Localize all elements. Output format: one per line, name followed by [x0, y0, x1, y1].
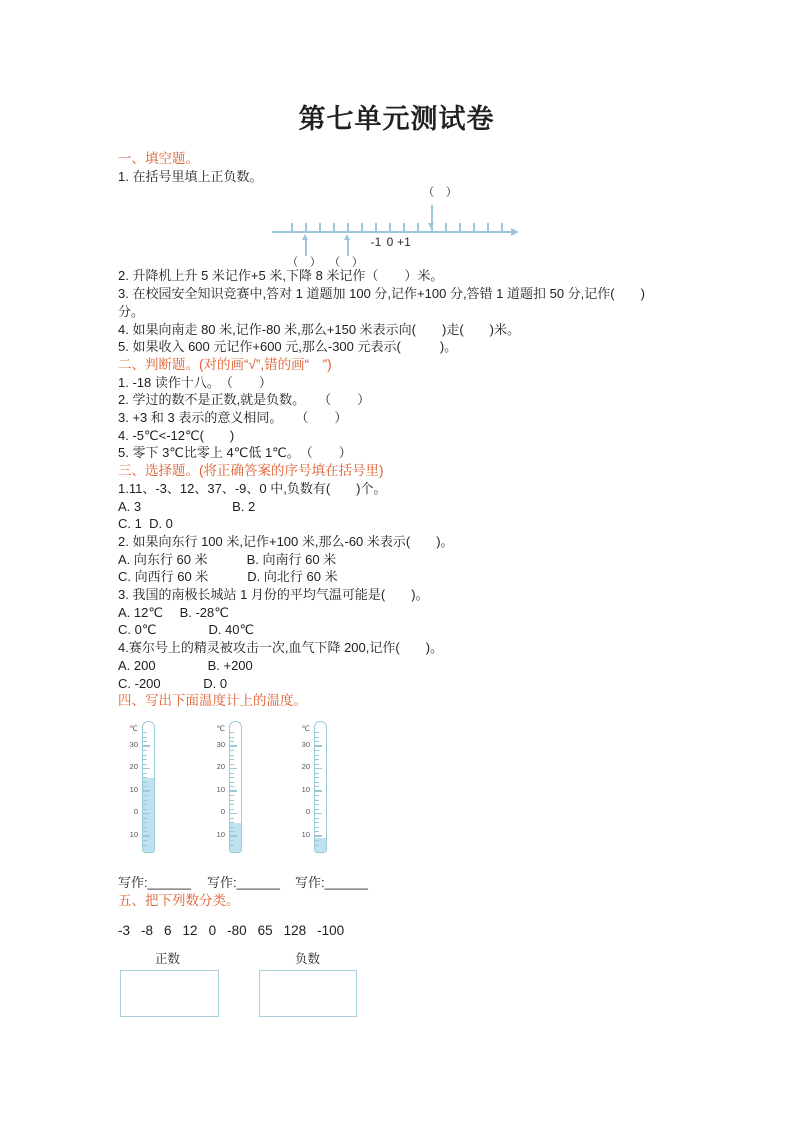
minor-tick	[143, 804, 147, 805]
minor-tick	[315, 773, 319, 774]
major-tick	[315, 835, 322, 836]
major-tick	[315, 790, 322, 791]
scale-label: 0	[290, 808, 310, 816]
section1-items: 2. 升降机上升 5 米记作+5 米,下降 8 米记作（ ）米。3. 在校园安全…	[118, 267, 713, 356]
major-tick	[230, 813, 237, 814]
minor-tick	[143, 755, 147, 756]
text-line: C. 1 D. 0	[118, 515, 713, 533]
minor-tick	[230, 827, 234, 828]
number-item: 6	[164, 923, 172, 938]
text-line: 3. 我国的南极长城站 1 月份的平均气温可能是( )。	[118, 586, 713, 604]
blank-below-arrow: （ ）	[282, 255, 326, 273]
scale-label: 0	[118, 808, 138, 816]
major-tick	[143, 813, 150, 814]
minor-tick	[315, 755, 319, 756]
section2-items: 1. -18 读作十八。 （ ）2. 学过的数不是正数,就是负数。 （ ）3. …	[118, 374, 713, 463]
minor-tick	[230, 741, 234, 742]
scale-label: 10	[118, 831, 138, 839]
text-line: A. 3 B. 2	[118, 498, 713, 516]
text-line: 3. +3 和 3 表示的意义相同。 （ ）	[118, 409, 713, 427]
minor-tick	[143, 777, 147, 778]
scale-label: 10	[205, 831, 225, 839]
thermometer-row: ℃302010010℃302010010℃302010010	[118, 720, 713, 870]
minor-tick	[230, 764, 234, 765]
negative-box-label: 负数	[295, 951, 320, 969]
section3-heading: 三、选择题。(将正确答案的序号填在括号里)	[118, 462, 713, 480]
major-tick	[315, 745, 322, 746]
text-line: A. 向东行 60 米 B. 向南行 60 米	[118, 551, 713, 569]
text-line: 分。	[118, 303, 713, 321]
major-tick	[230, 745, 237, 746]
major-tick	[143, 768, 150, 769]
axis-tick	[319, 223, 320, 232]
number-item: 128	[284, 923, 307, 938]
minor-tick	[230, 750, 234, 751]
text-line: 4. -5℃<-12℃( )	[118, 427, 713, 445]
section5-heading: 五、把下列数分类。	[118, 892, 713, 910]
minor-tick	[315, 795, 319, 796]
write-row: 写作:______写作:______写作:______	[118, 874, 713, 892]
minor-tick	[143, 764, 147, 765]
axis-tick	[501, 223, 502, 232]
text-line: 3. 在校园安全知识竞赛中,答对 1 道题加 100 分,记作+100 分,答错…	[118, 285, 713, 303]
minor-tick	[315, 804, 319, 805]
minor-tick	[230, 737, 234, 738]
minor-tick	[315, 831, 319, 832]
classify-area: 正数 负数	[118, 951, 713, 1031]
minor-tick	[315, 737, 319, 738]
minor-tick	[143, 750, 147, 751]
minor-tick	[230, 786, 234, 787]
scale-label: 0	[205, 808, 225, 816]
paper-content: 一、填空题。 1. 在括号里填上正负数。 -10+1（ ）（ ）（ ） 2. 升…	[118, 150, 713, 1031]
minor-tick	[315, 732, 319, 733]
major-tick	[315, 813, 322, 814]
major-tick	[315, 768, 322, 769]
minor-tick	[230, 800, 234, 801]
text-line: 2. 如果向东行 100 米,记作+100 米,那么-60 米表示( )。	[118, 533, 713, 551]
text-line: 5. 如果收入 600 元记作+600 元,那么-300 元表示( )。	[118, 338, 713, 356]
thermometer: ℃302010010	[118, 720, 178, 860]
text-line: 2. 升降机上升 5 米记作+5 米,下降 8 米记作（ ）米。	[118, 267, 713, 285]
negative-numbers-box	[259, 970, 357, 1017]
scale-label: 10	[290, 831, 310, 839]
text-line: 5. 零下 3℃比零上 4℃低 1℃。 （ ）	[118, 444, 713, 462]
minor-tick	[143, 840, 147, 841]
minor-tick	[143, 809, 147, 810]
minor-tick	[143, 795, 147, 796]
scale-label: ℃	[118, 725, 138, 733]
minor-tick	[230, 822, 234, 823]
minor-tick	[230, 840, 234, 841]
text-line: A. 12℃ B. -28℃	[118, 604, 713, 622]
axis-tick-label: +1	[392, 234, 416, 252]
axis-tick	[389, 223, 390, 232]
axis-tick	[473, 223, 474, 232]
axis-tick	[403, 223, 404, 232]
section1-heading: 一、填空题。	[118, 150, 713, 168]
numbers-to-classify: -3-86120-8065128-100	[118, 922, 713, 940]
text-line: 1. -18 读作十八。 （ ）	[118, 374, 713, 392]
minor-tick	[315, 800, 319, 801]
section3-lines: 1.11、-3、12、37、-9、0 中,负数有( )个。A. 3 B. 2C.…	[118, 480, 713, 692]
minor-tick	[143, 741, 147, 742]
number-item: 65	[258, 923, 273, 938]
axis-arrow-right-icon	[511, 228, 519, 236]
text-line: A. 200 B. +200	[118, 657, 713, 675]
major-tick	[143, 745, 150, 746]
scale-label: 30	[118, 741, 138, 749]
axis-tick	[333, 223, 334, 232]
minor-tick	[315, 782, 319, 783]
major-tick	[143, 790, 150, 791]
minor-tick	[230, 759, 234, 760]
text-line: 2. 学过的数不是正数,就是负数。 （ ）	[118, 391, 713, 409]
minor-tick	[315, 840, 319, 841]
scale-label: 20	[205, 763, 225, 771]
axis-tick	[347, 223, 348, 232]
section4-heading: 四、写出下面温度计上的温度。	[118, 692, 713, 710]
number-item: 0	[209, 923, 217, 938]
minor-tick	[315, 750, 319, 751]
minor-tick	[143, 822, 147, 823]
thermometer: ℃302010010	[205, 720, 265, 860]
major-tick	[230, 768, 237, 769]
axis-tick	[417, 223, 418, 232]
scale-label: 10	[205, 786, 225, 794]
minor-tick	[315, 845, 319, 846]
minor-tick	[143, 732, 147, 733]
write-blank: 写作:______	[118, 874, 191, 892]
minor-tick	[315, 764, 319, 765]
number-item: 12	[183, 923, 198, 938]
scale-label: 30	[205, 741, 225, 749]
scale-label: ℃	[205, 725, 225, 733]
axis-tick	[305, 223, 306, 232]
minor-tick	[143, 831, 147, 832]
minor-tick	[315, 827, 319, 828]
positive-box-label: 正数	[155, 951, 180, 969]
blank-above-arrow: （ ）	[418, 185, 462, 203]
axis-tick	[375, 223, 376, 232]
minor-tick	[143, 827, 147, 828]
write-blank: 写作:______	[295, 874, 368, 892]
down-arrow-icon	[428, 223, 434, 229]
scale-label: 20	[290, 763, 310, 771]
minor-tick	[230, 732, 234, 733]
section2-heading: 二、判断题。(对的画“√”,错的画“ ”)	[118, 356, 713, 374]
text-line: C. 0℃ D. 40℃	[118, 621, 713, 639]
positive-numbers-box	[120, 970, 219, 1017]
minor-tick	[230, 773, 234, 774]
page-title: 第七单元测试卷	[0, 0, 793, 136]
minor-tick	[143, 737, 147, 738]
scale-label: 30	[290, 741, 310, 749]
text-line: 4. 如果向南走 80 米,记作-80 米,那么+150 米表示向( )走( )…	[118, 321, 713, 339]
thermometer: ℃302010010	[290, 720, 350, 860]
minor-tick	[230, 804, 234, 805]
minor-tick	[315, 786, 319, 787]
number-line-axis	[272, 231, 512, 233]
minor-tick	[143, 759, 147, 760]
minor-tick	[230, 845, 234, 846]
minor-tick	[230, 809, 234, 810]
text-line: 4.赛尔号上的精灵被攻击一次,血气下降 200,记作( )。	[118, 639, 713, 657]
major-tick	[143, 835, 150, 836]
number-line: -10+1（ ）（ ）（ ）	[272, 185, 532, 267]
minor-tick	[230, 831, 234, 832]
minor-tick	[315, 818, 319, 819]
blank-below-arrow: （ ）	[324, 255, 368, 273]
write-blank: 写作:______	[207, 874, 280, 892]
text-line: C. 向西行 60 米 D. 向北行 60 米	[118, 568, 713, 586]
section1-item1: 1. 在括号里填上正负数。	[118, 168, 713, 186]
text-line: C. -200 D. 0	[118, 675, 713, 693]
number-item: -3	[118, 923, 130, 938]
axis-tick	[361, 223, 362, 232]
scale-label: 20	[118, 763, 138, 771]
minor-tick	[143, 773, 147, 774]
scale-label: ℃	[290, 725, 310, 733]
number-item: -100	[317, 923, 344, 938]
text-line: 1.11、-3、12、37、-9、0 中,负数有( )个。	[118, 480, 713, 498]
major-tick	[230, 790, 237, 791]
axis-tick	[291, 223, 292, 232]
minor-tick	[143, 845, 147, 846]
minor-tick	[230, 782, 234, 783]
minor-tick	[230, 755, 234, 756]
minor-tick	[230, 795, 234, 796]
minor-tick	[143, 800, 147, 801]
up-arrow-stem	[347, 240, 349, 256]
minor-tick	[230, 818, 234, 819]
axis-tick	[445, 223, 446, 232]
minor-tick	[315, 809, 319, 810]
axis-tick	[459, 223, 460, 232]
minor-tick	[315, 822, 319, 823]
minor-tick	[143, 818, 147, 819]
axis-tick	[487, 223, 488, 232]
minor-tick	[143, 786, 147, 787]
major-tick	[230, 835, 237, 836]
minor-tick	[230, 777, 234, 778]
minor-tick	[315, 759, 319, 760]
minor-tick	[143, 782, 147, 783]
number-item: -80	[227, 923, 247, 938]
minor-tick	[315, 777, 319, 778]
up-arrow-stem	[305, 240, 307, 256]
scale-label: 10	[290, 786, 310, 794]
test-paper-page: 第七单元测试卷 一、填空题。 1. 在括号里填上正负数。 -10+1（ ）（ ）…	[0, 0, 793, 1122]
minor-tick	[315, 741, 319, 742]
down-arrow-stem	[431, 205, 433, 223]
scale-label: 10	[118, 786, 138, 794]
number-item: -8	[141, 923, 153, 938]
